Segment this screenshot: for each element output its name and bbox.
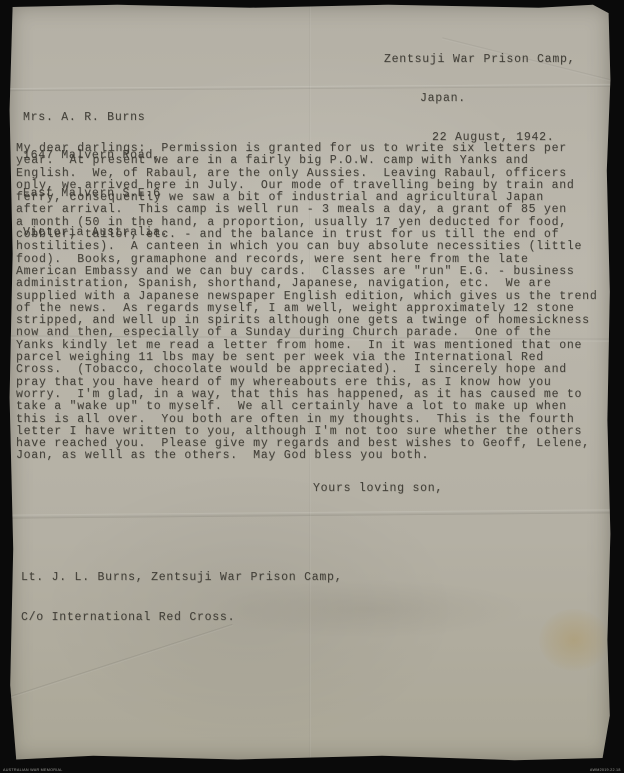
paper-stain	[539, 609, 609, 671]
letter-body: My dear darlings: Permission is granted …	[16, 143, 616, 463]
header-camp-line: Zentsuji War Prison Camp,	[384, 53, 575, 66]
signature-care-of-line: C/o International Red Cross.	[21, 611, 342, 624]
signature-block: Lt. J. L. Burns, Zentsuji War Prison Cam…	[21, 545, 342, 651]
scan-background: Zentsuji War Prison Camp, Japan. 22 Augu…	[0, 0, 624, 773]
signature-name-line: Lt. J. L. Burns, Zentsuji War Prison Cam…	[21, 571, 342, 584]
archive-institution-label: AUSTRALIAN WAR MEMORIAL	[3, 768, 63, 772]
header-country-line: Japan.	[420, 92, 575, 105]
paper-crease	[9, 509, 611, 518]
archive-accession-label: AWM2019.22.18	[590, 768, 621, 772]
letter-closing: Yours loving son,	[313, 483, 443, 495]
address-name-line: Mrs. A. R. Burns	[23, 112, 168, 125]
